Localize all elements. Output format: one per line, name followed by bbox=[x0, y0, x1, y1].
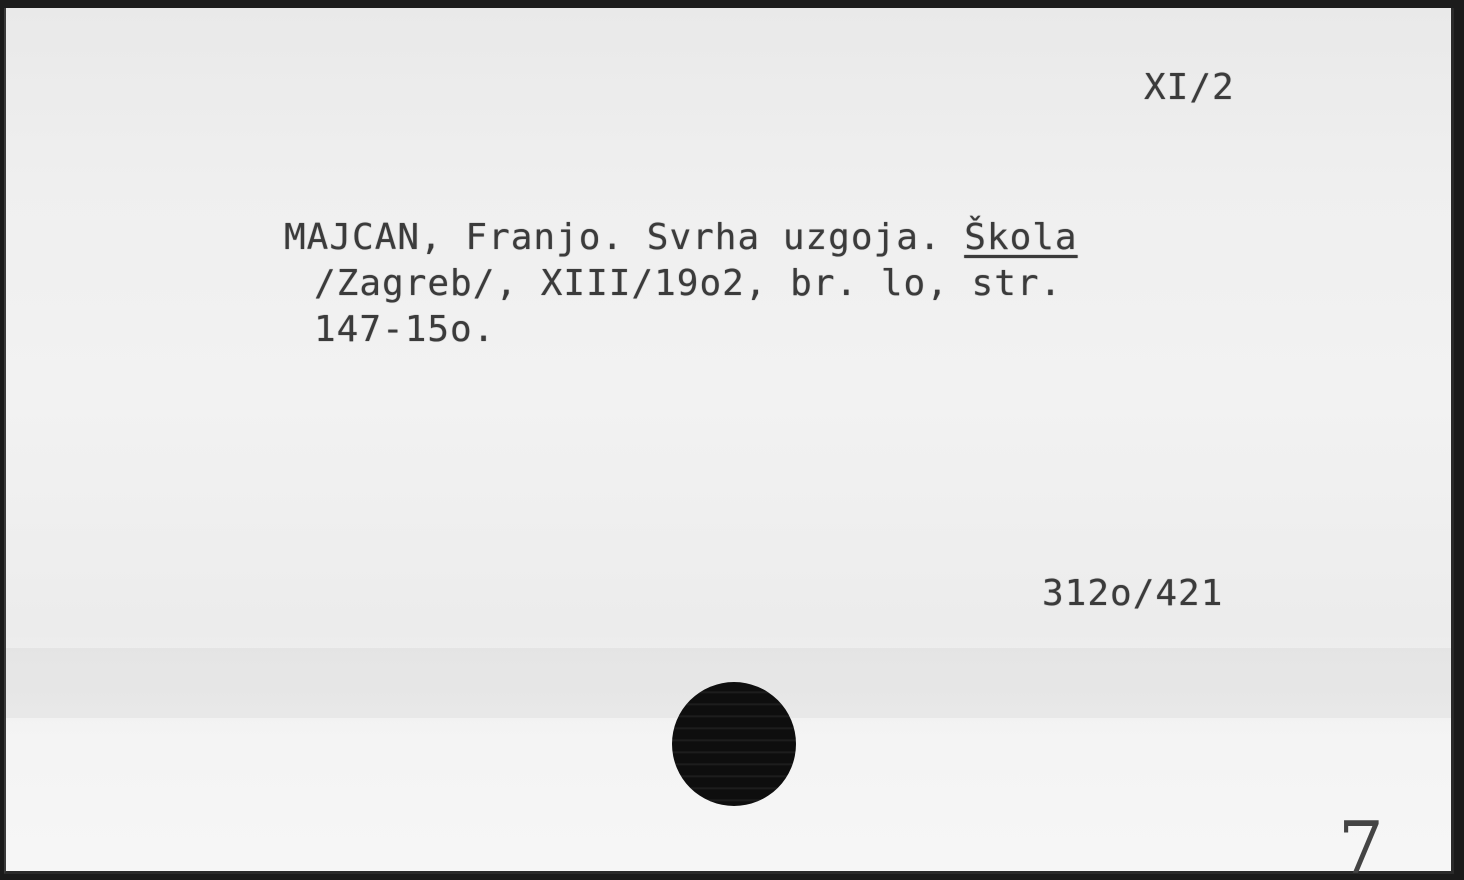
author-title-text: MAJCAN, Franjo. Svrha uzgoja. bbox=[284, 217, 964, 258]
punch-hole-icon bbox=[672, 682, 796, 806]
call-number: XI/2 bbox=[1144, 70, 1235, 106]
handwritten-mark: 7 bbox=[1338, 812, 1384, 880]
entry-line-3: 147-15o. bbox=[314, 312, 495, 348]
shelf-number: 312o/421 bbox=[1042, 576, 1223, 612]
entry-line-1: MAJCAN, Franjo. Svrha uzgoja. Škola bbox=[284, 220, 1078, 256]
entry-line-2: /Zagreb/, XIII/19o2, br. lo, str. bbox=[314, 266, 1062, 302]
journal-title: Škola bbox=[964, 217, 1077, 258]
catalog-card: XI/2 MAJCAN, Franjo. Svrha uzgoja. Škola… bbox=[4, 8, 1454, 874]
